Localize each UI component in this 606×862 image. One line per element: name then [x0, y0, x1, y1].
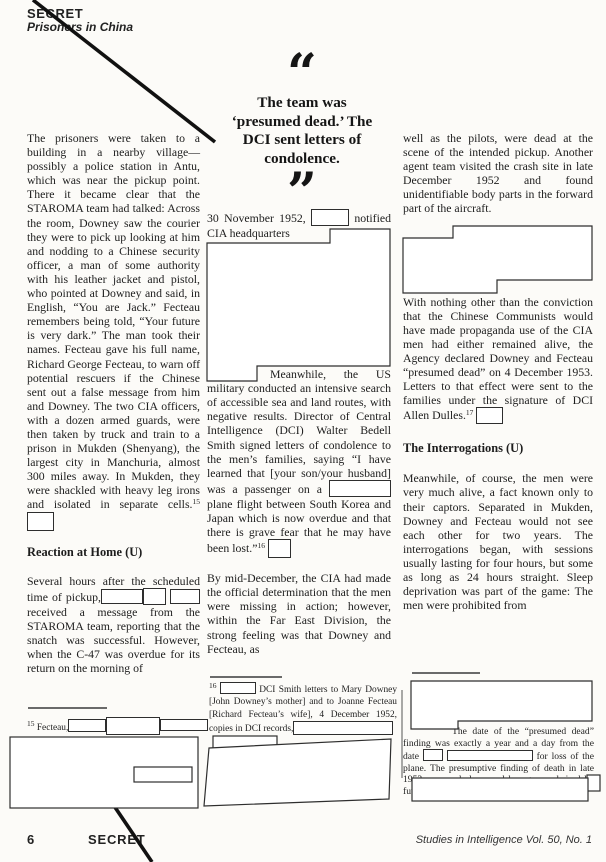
paragraph-text: received a message from the STAROMA team… [27, 605, 200, 675]
redaction-box [160, 719, 208, 731]
redacted-region-gap [207, 240, 391, 367]
redacted-region-gap [403, 216, 593, 295]
redaction-box [476, 407, 503, 424]
paragraph-text: Meanwhile, of course, the men were very … [403, 471, 593, 612]
footnote-16: 16 DCI Smith letters to Mary Downey [Joh… [209, 682, 397, 736]
paragraph-text: well as the pilots, were dead at the sce… [403, 131, 593, 215]
footnote-ref: 16 [209, 681, 217, 690]
footnote-ref: 16 [257, 541, 265, 550]
declass-strike-bottom [104, 791, 152, 862]
redaction-box [134, 767, 192, 782]
paragraph-text: By mid-December, the CIA had made the of… [207, 571, 391, 655]
redaction-box [447, 750, 533, 761]
redaction-box [268, 539, 291, 558]
column-left: The prisoners were taken to a building i… [27, 131, 200, 675]
redaction-box [423, 749, 443, 761]
page-number: 6 [27, 832, 34, 847]
redaction-box [170, 589, 200, 604]
footnote-17: The date of the “presumed dead” finding … [403, 726, 594, 797]
redaction-box [329, 480, 391, 497]
body-paragraph: Meanwhile, of course, the men were very … [403, 471, 593, 612]
redaction-box [101, 589, 143, 604]
pull-quote: “ The team was ‘presumed dead.’ The DCI … [206, 54, 398, 218]
redaction-box [411, 681, 592, 729]
paragraph-text: With nothing other than the conviction t… [403, 295, 593, 423]
footnote-ref: 17 [466, 408, 474, 417]
journal-title: Studies in Intelligence Vol. 50, No. 1 [416, 834, 592, 846]
pull-quote-line: DCI sent letters of [206, 131, 398, 150]
redaction-box [106, 717, 160, 735]
paragraph-text: plane flight between South Korea and Jap… [207, 497, 391, 555]
section-heading-reaction: Reaction at Home (U) [27, 545, 200, 559]
footnote-ref: 15 [27, 719, 35, 728]
redaction-box [10, 737, 198, 808]
redaction-box [143, 588, 166, 605]
redaction-box [68, 719, 106, 732]
column-right: well as the pilots, were dead at the sce… [403, 131, 593, 612]
redaction-box [293, 721, 393, 735]
paragraph-text: Meanwhile, the US military conducted an … [207, 367, 391, 496]
secret-stamp-bottom: SECRET [88, 832, 146, 847]
redaction-box [213, 736, 277, 750]
document-page: SECRET Prisoners in China “ The team was… [0, 0, 606, 862]
section-heading-interrogations: The Interrogations (U) [403, 441, 593, 455]
body-paragraph: well as the pilots, were dead at the sce… [403, 131, 593, 216]
redaction-box [311, 209, 349, 226]
body-paragraph: 30 November 1952, notified CIA headquart… [207, 209, 391, 240]
pull-quote-line: The team was [206, 94, 398, 113]
body-paragraph: Meanwhile, the US military conducted an … [207, 367, 391, 558]
body-paragraph: With nothing other than the conviction t… [403, 295, 593, 425]
redaction-box [220, 682, 256, 694]
column-middle: 30 November 1952, notified CIA headquart… [207, 209, 391, 656]
paragraph-text: The prisoners were taken to a building i… [27, 131, 200, 511]
redaction-box [27, 512, 54, 531]
footnote-15: 15 Fecteau, [27, 717, 201, 735]
quote-open-icon: “ [206, 54, 398, 94]
paragraph-text: 30 November 1952, [207, 211, 306, 225]
footnote-ref: 15 [193, 497, 201, 506]
footnote-text: Fecteau, [37, 723, 69, 733]
body-paragraph: By mid-December, the CIA had made the of… [207, 571, 391, 656]
redaction-box [204, 739, 391, 806]
body-paragraph: The prisoners were taken to a building i… [27, 131, 200, 531]
running-title: Prisoners in China [27, 20, 133, 34]
secret-stamp-top: SECRET [27, 6, 83, 21]
pull-quote-line: ‘presumed dead.’ The [206, 113, 398, 132]
body-paragraph: Several hours after the scheduled time o… [27, 574, 200, 676]
